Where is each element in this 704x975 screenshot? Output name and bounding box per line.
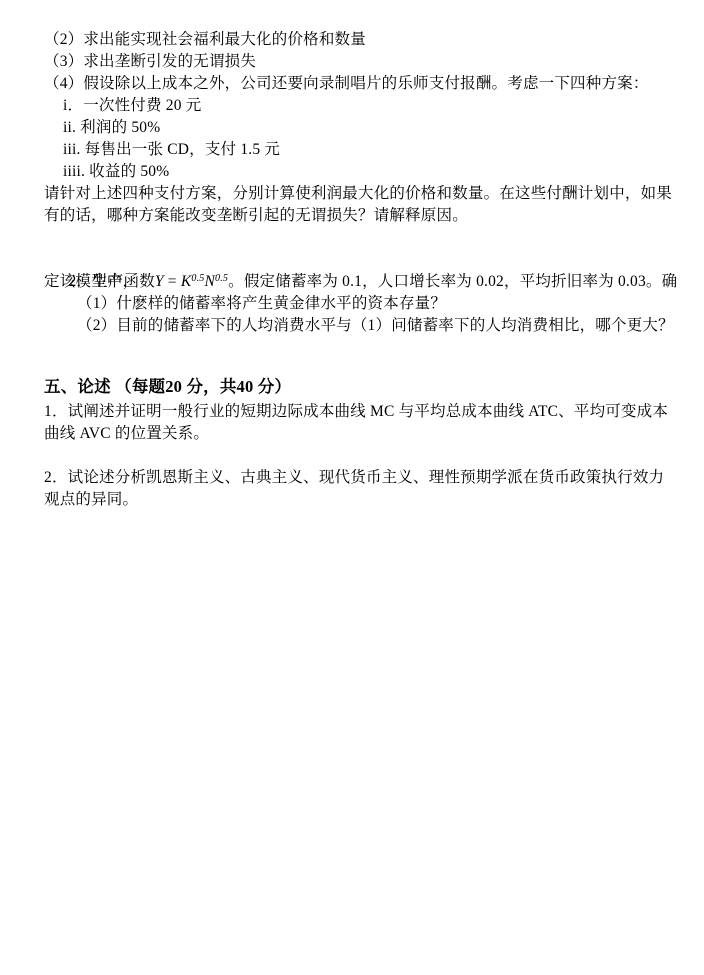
exam-body: （2）求出能实现社会福利最大化的价格和数量 （3）求出垄断引发的无谓损失 （4）… xyxy=(44,29,664,511)
q1-part4-line: （4）假设除以上成本之外，公司还要向录制唱片的乐师支付报酬。考虑一下四种方案： xyxy=(44,73,664,95)
s5-q2-line1: 2．试论述分析凯恩斯主义、古典主义、现代货币主义、理性预期学派在货币政策执行效力 xyxy=(44,467,664,489)
production-function-formula: Y = K0.5N0.5 xyxy=(155,273,228,290)
formula-exponent-K: 0.5 xyxy=(191,273,204,284)
payment-option-iiii: iiii. 收益的 50% xyxy=(44,161,664,183)
formula-labor-N: N xyxy=(204,273,215,290)
s5-q1-line1: 1．试阐述并证明一般行业的短期边际成本曲线 MC 与平均总成本曲线 ATC、平均… xyxy=(44,401,664,423)
blank-line xyxy=(44,227,664,249)
q2-intro-line1: 2．生产函数Y = K0.5N0.5。假定储蓄率为 0.1，人口增长率为 0.0… xyxy=(44,249,664,271)
blank-line xyxy=(44,445,664,467)
section5-heading: 五、论述 （每题20 分，共40 分） xyxy=(44,372,664,401)
exam-page: （2）求出能实现社会福利最大化的价格和数量 （3）求出垄断引发的无谓损失 （4）… xyxy=(0,0,704,975)
payment-option-ii: ii. 利润的 50% xyxy=(44,117,664,139)
q2-sub2-line: （2）目前的储蓄率下的人均消费水平与（1）问储蓄率下的人均消费相比，哪个更大？ xyxy=(44,315,664,337)
formula-equals-sign: = xyxy=(164,273,181,290)
q2-sub1-line: （1）什麽样的储蓄率将产生黄金律水平的资本存量？ xyxy=(44,293,664,315)
s5-q1-line2: 曲线 AVC 的位置关系。 xyxy=(44,423,664,445)
q2-intro-suffix: 。假定储蓄率为 0.1，人口增长率为 0.02，平均折旧率为 0.03。确 xyxy=(228,273,677,290)
payment-option-i: i．一次性付费 20 元 xyxy=(44,95,664,117)
formula-exponent-N: 0.5 xyxy=(215,273,228,284)
q1-prompt-line1: 请针对上述四种支付方案，分别计算使利润最大化的价格和数量。在这些付酬计划中，如果 xyxy=(44,183,664,205)
formula-output-Y: Y xyxy=(155,273,164,290)
q1-part3-line: （3）求出垄断引发的无谓损失 xyxy=(44,51,664,73)
payment-option-iii: iii. 每售出一张 CD，支付 1.5 元 xyxy=(44,139,664,161)
formula-capital-K: K xyxy=(181,273,192,290)
s5-q2-line2: 观点的异同。 xyxy=(44,489,664,511)
q1-prompt-line2: 有的话，哪种方案能改变垄断引起的无谓损失？请解释原因。 xyxy=(44,205,664,227)
q1-part2-line: （2）求出能实现社会福利最大化的价格和数量 xyxy=(44,29,664,51)
